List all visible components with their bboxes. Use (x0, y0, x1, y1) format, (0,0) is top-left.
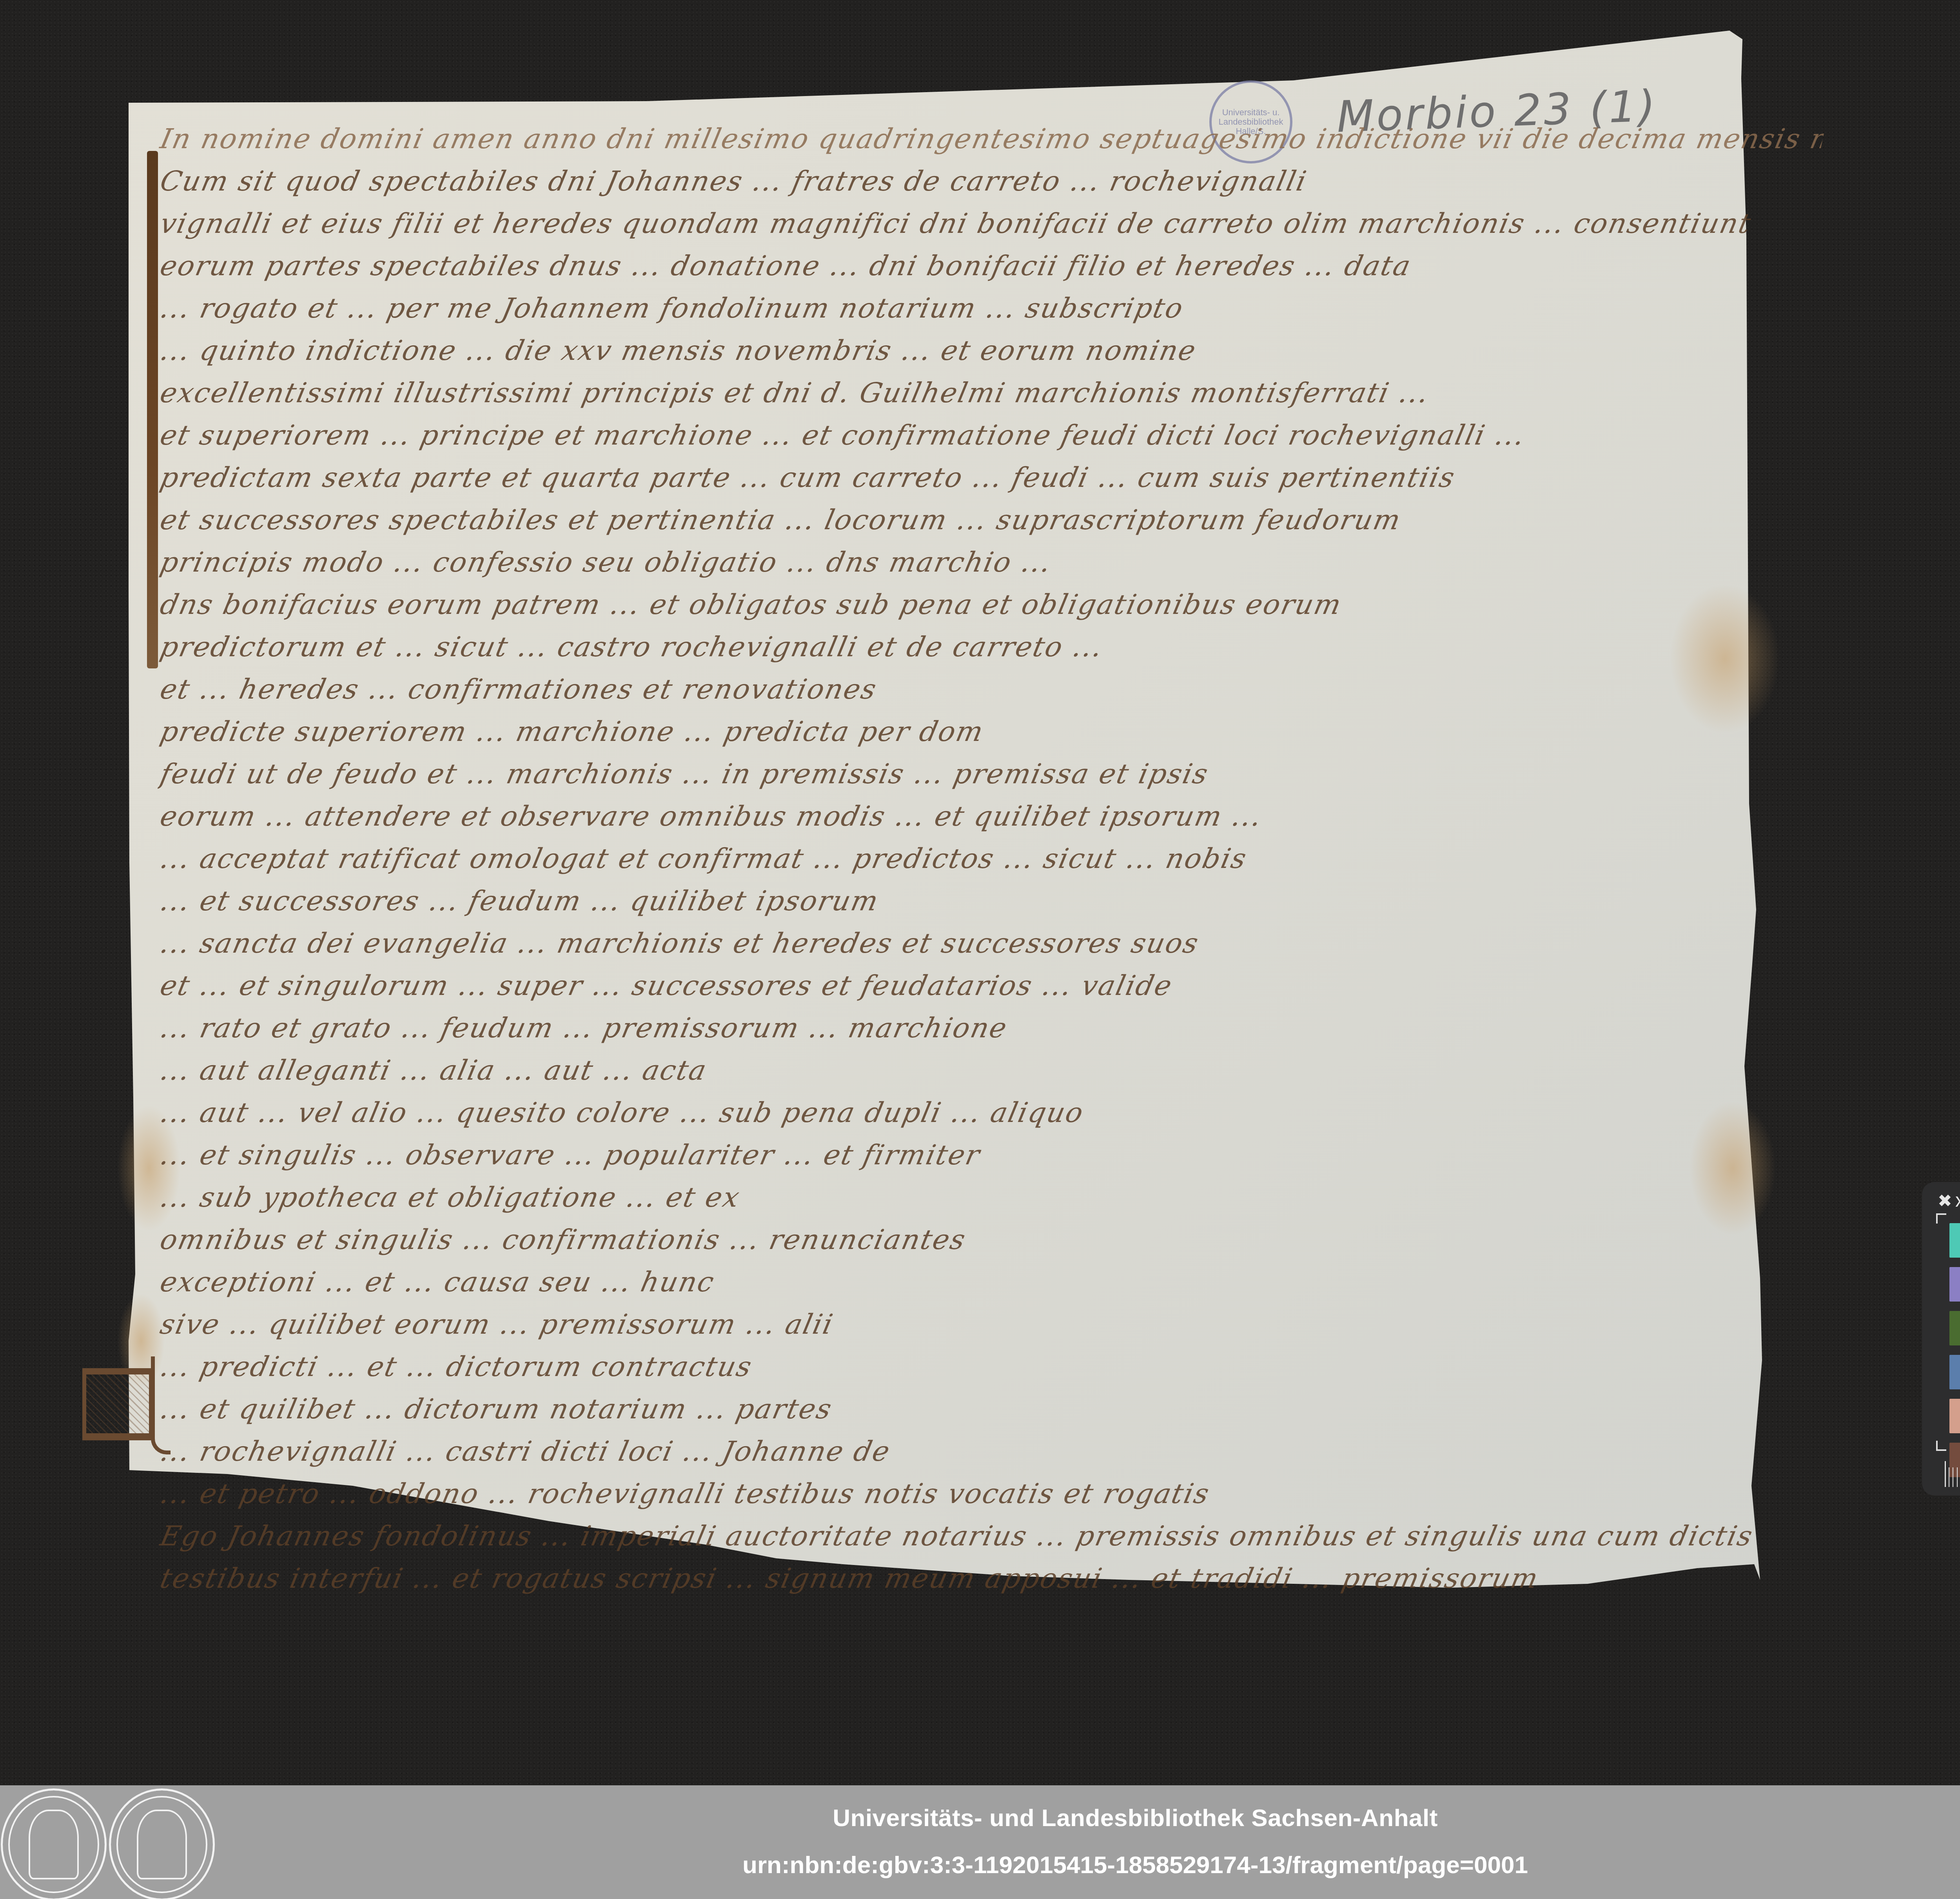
brand-label: x·rite (1955, 1190, 1960, 1211)
manuscript-line: eorum ... attendere et observare omnibus… (156, 795, 1828, 837)
crop-mark-icon (1936, 1213, 1946, 1224)
manuscript-line: excellentissimi illustrissimi principis … (156, 372, 1828, 414)
manuscript-line: ... rato et grato ... feudum ... premiss… (156, 1007, 1828, 1049)
manuscript-line: predictorum et ... sicut ... castro roch… (156, 626, 1828, 668)
manuscript-line: dns bonifacius eorum patrem ... et oblig… (156, 583, 1828, 626)
manuscript-line: ... acceptat ratificat omologat et confi… (156, 837, 1828, 880)
manuscript-line: predictam sexta parte et quarta parte ..… (156, 456, 1828, 499)
manuscript-line: feudi ut de feudo et ... marchionis ... … (156, 753, 1828, 795)
digitized-manuscript-viewer: Morbio 23 (1) Universitäts- u. Landesbib… (0, 0, 1960, 1899)
manuscript-line: Cum sit quod spectabiles dni Johannes ..… (156, 160, 1828, 202)
manuscript-line: ... quinto indictione ... die xxv mensis… (156, 329, 1828, 372)
manuscript-line: exceptioni ... et ... causa seu ... hunc (156, 1261, 1828, 1303)
manuscript-line: et superiorem ... principe et marchione … (156, 414, 1828, 456)
color-patch (1949, 1223, 1960, 1258)
manuscript-line: et ... et singulorum ... super ... succe… (156, 964, 1828, 1007)
color-patch-grid (1949, 1223, 1960, 1454)
manuscript-line: ... et singulis ... observare ... popula… (156, 1134, 1828, 1176)
colorchecker-card: ✖x·rite colorchecker CLASSIC + mm (1922, 1182, 1960, 1496)
xrite-logo-icon: ✖ (1938, 1191, 1952, 1211)
notary-signum-icon (82, 1368, 153, 1440)
footer-credit-bar: Universitäts- und Landesbibliothek Sachs… (0, 1785, 1960, 1899)
manuscript-line: ... et quilibet ... dictorum notarium ..… (156, 1388, 1828, 1430)
manuscript-line: ... rogato et ... per me Johannem fondol… (156, 287, 1828, 329)
manuscript-line-notary: testibus interfui ... et rogatus scripsi… (156, 1557, 1828, 1599)
manuscript-line: In nomine domini amen anno dni millesimo… (156, 118, 1828, 160)
institution-name: Universitäts- und Landesbibliothek Sachs… (0, 1804, 1960, 1832)
manuscript-line: principis modo ... confessio seu obligat… (156, 541, 1828, 583)
manuscript-line: vignalli et eius filii et heredes quonda… (156, 202, 1828, 245)
manuscript-line: ... rochevignalli ... castri dicti loci … (156, 1430, 1828, 1472)
color-patch (1949, 1311, 1960, 1345)
color-patch (1949, 1355, 1960, 1389)
manuscript-line: ... predicti ... et ... dictorum contrac… (156, 1345, 1828, 1388)
crop-mark-icon (1936, 1441, 1946, 1451)
manuscript-line: et successores spectabiles et pertinenti… (156, 499, 1828, 541)
decorated-initial-i (147, 151, 158, 668)
manuscript-line: ... et petro ... oddono ... rochevignall… (156, 1472, 1828, 1515)
manuscript-line: ... sancta dei evangelia ... marchionis … (156, 922, 1828, 964)
color-patch (1949, 1399, 1960, 1433)
color-patch (1949, 1267, 1960, 1302)
manuscript-line: ... aut ... vel alio ... quesito colore … (156, 1091, 1828, 1134)
manuscript-line: predicte superiorem ... marchione ... pr… (156, 710, 1828, 753)
manuscript-line: sive ... quilibet eorum ... premissorum … (156, 1303, 1828, 1345)
manuscript-line: ... aut alleganti ... alia ... aut ... a… (156, 1049, 1828, 1091)
manuscript-line: et ... heredes ... confirmationes et ren… (156, 668, 1828, 710)
manuscript-line: eorum partes spectabiles dnus ... donati… (156, 245, 1828, 287)
manuscript-line: ... sub ypotheca et obligatione ... et e… (156, 1176, 1828, 1218)
manuscript-line: ... et successores ... feudum ... quilib… (156, 880, 1828, 922)
urn-identifier[interactable]: urn:nbn:de:gbv:3:3-1192015415-1858529174… (0, 1851, 1960, 1879)
manuscript-text-block: In nomine domini amen anno dni millesimo… (161, 118, 1823, 1599)
manuscript-line-notary: Ego Johannes fondolinus ... imperiali au… (156, 1515, 1828, 1557)
manuscript-line: omnibus et singulis ... confirmationis .… (156, 1218, 1828, 1261)
parchment-document: Morbio 23 (1) Universitäts- u. Landesbib… (0, 0, 1960, 1784)
notary-flourish-icon (151, 1356, 171, 1454)
xrite-brand: ✖x·rite (1938, 1190, 1960, 1211)
mm-ruler (1945, 1467, 1960, 1487)
